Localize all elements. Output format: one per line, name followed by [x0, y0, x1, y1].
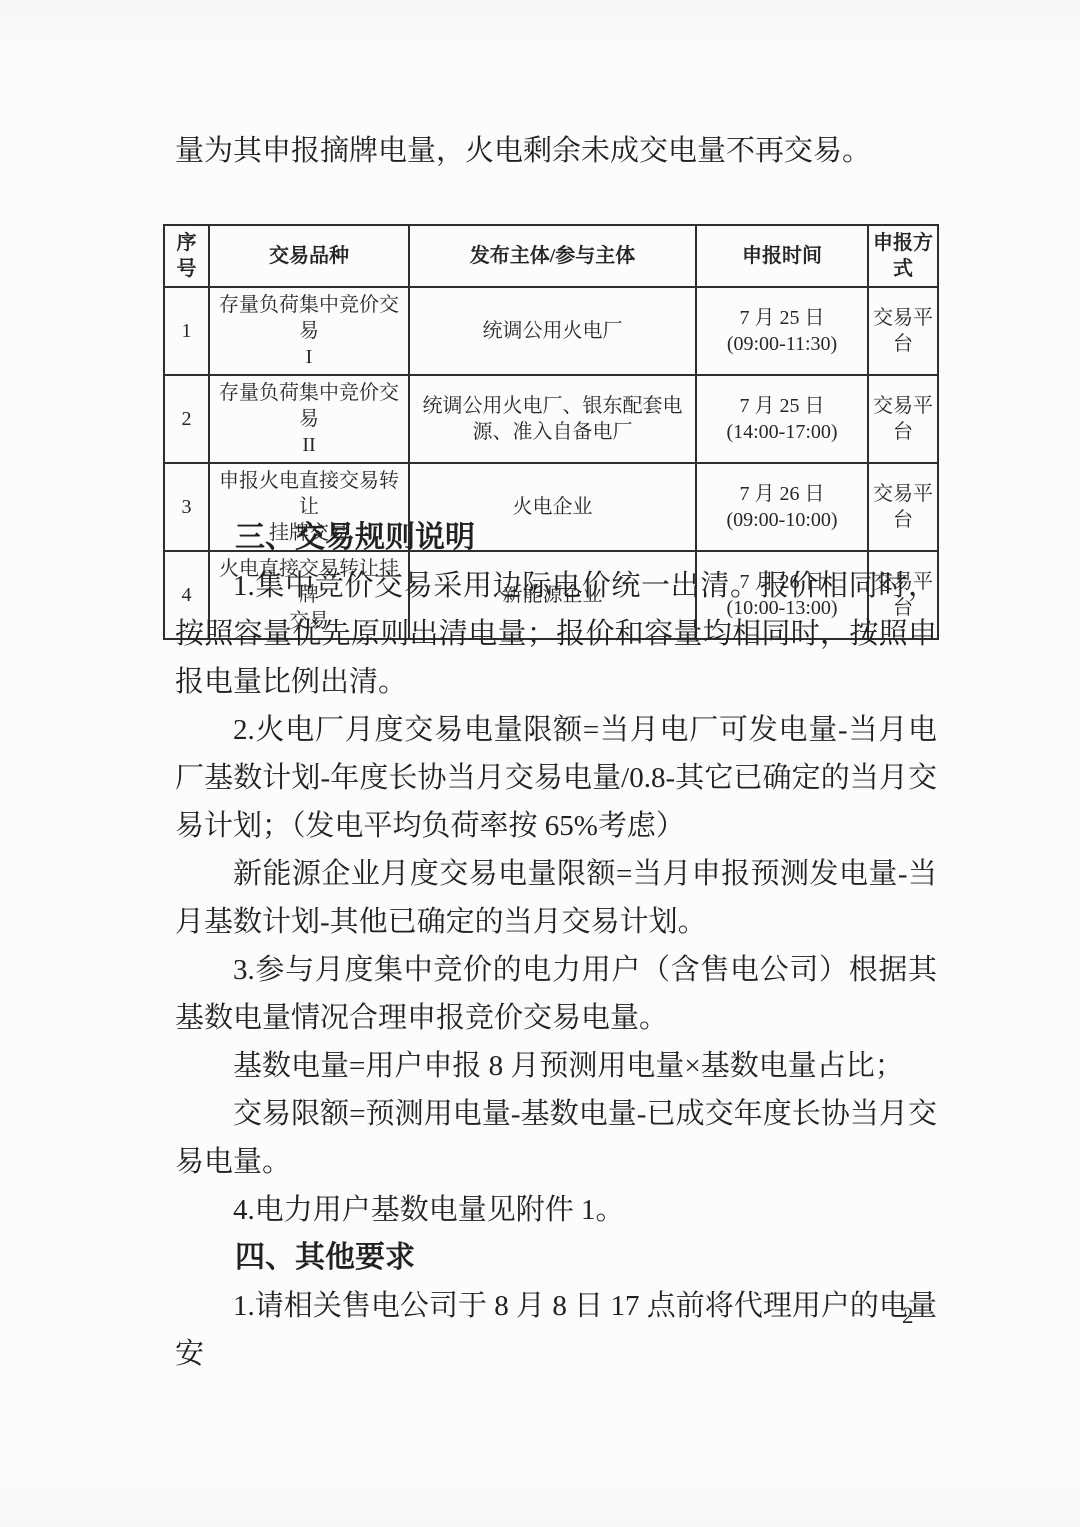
header-cell-subject: 发布主体/参与主体: [409, 225, 696, 287]
paragraph: 2.火电厂月度交易电量限额=当月电厂可发电量-当月电厂基数计划-年度长协当月交易…: [175, 706, 937, 850]
document-page: 量为其申报摘牌电量，火电剩余未成交电量不再交易。 序号 交易品种 发布主体/参与…: [0, 0, 1080, 1527]
cell-subject: 统调公用火电厂: [409, 287, 696, 375]
cell-time: 7 月 25 日 (09:00-11:30): [696, 287, 868, 375]
table-header-row: 序号 交易品种 发布主体/参与主体 申报时间 申报方式: [164, 225, 938, 287]
cell-no: 1: [164, 287, 209, 375]
table-row: 1 存量负荷集中竞价交易 I 统调公用火电厂 7 月 25 日 (09:00-1…: [164, 287, 938, 375]
paragraph: 1.请相关售电公司于 8 月 8 日 17 点前将代理用户的电量安: [175, 1282, 937, 1378]
section-heading-other: 四、其他要求: [175, 1234, 937, 1282]
header-cell-no: 序号: [164, 225, 209, 287]
cell-method: 交易平台: [868, 375, 938, 463]
intro-line: 量为其申报摘牌电量，火电剩余未成交电量不再交易。: [175, 130, 937, 172]
header-cell-method: 申报方式: [868, 225, 938, 287]
cell-type: 存量负荷集中竞价交易 I: [209, 287, 409, 375]
page-number: 2: [902, 1303, 914, 1329]
header-cell-type: 交易品种: [209, 225, 409, 287]
cell-subject: 统调公用火电厂、银东配套电源、准入自备电厂: [409, 375, 696, 463]
section-heading-rules: 三、交易规则说明: [175, 514, 937, 562]
cell-method: 交易平台: [868, 287, 938, 375]
cell-type: 存量负荷集中竞价交易 II: [209, 375, 409, 463]
table-row: 2 存量负荷集中竞价交易 II 统调公用火电厂、银东配套电源、准入自备电厂 7 …: [164, 375, 938, 463]
paragraph: 1.集中竞价交易采用边际电价统一出清。报价相同时，按照容量优先原则出清电量；报价…: [175, 562, 937, 706]
paragraph: 4.电力用户基数电量见附件 1。: [175, 1186, 937, 1234]
paragraph: 基数电量=用户申报 8 月预测用电量×基数电量占比；: [175, 1042, 937, 1090]
cell-no: 2: [164, 375, 209, 463]
header-cell-time: 申报时间: [696, 225, 868, 287]
paragraph: 新能源企业月度交易电量限额=当月申报预测发电量-当月基数计划-其他已确定的当月交…: [175, 850, 937, 946]
paragraph: 3.参与月度集中竞价的电力用户（含售电公司）根据其基数电量情况合理申报竞价交易电…: [175, 946, 937, 1042]
cell-time: 7 月 25 日 (14:00-17:00): [696, 375, 868, 463]
body-text: 三、交易规则说明 1.集中竞价交易采用边际电价统一出清。报价相同时，按照容量优先…: [175, 514, 937, 1378]
paragraph: 交易限额=预测用电量-基数电量-已成交年度长协当月交易电量。: [175, 1090, 937, 1186]
